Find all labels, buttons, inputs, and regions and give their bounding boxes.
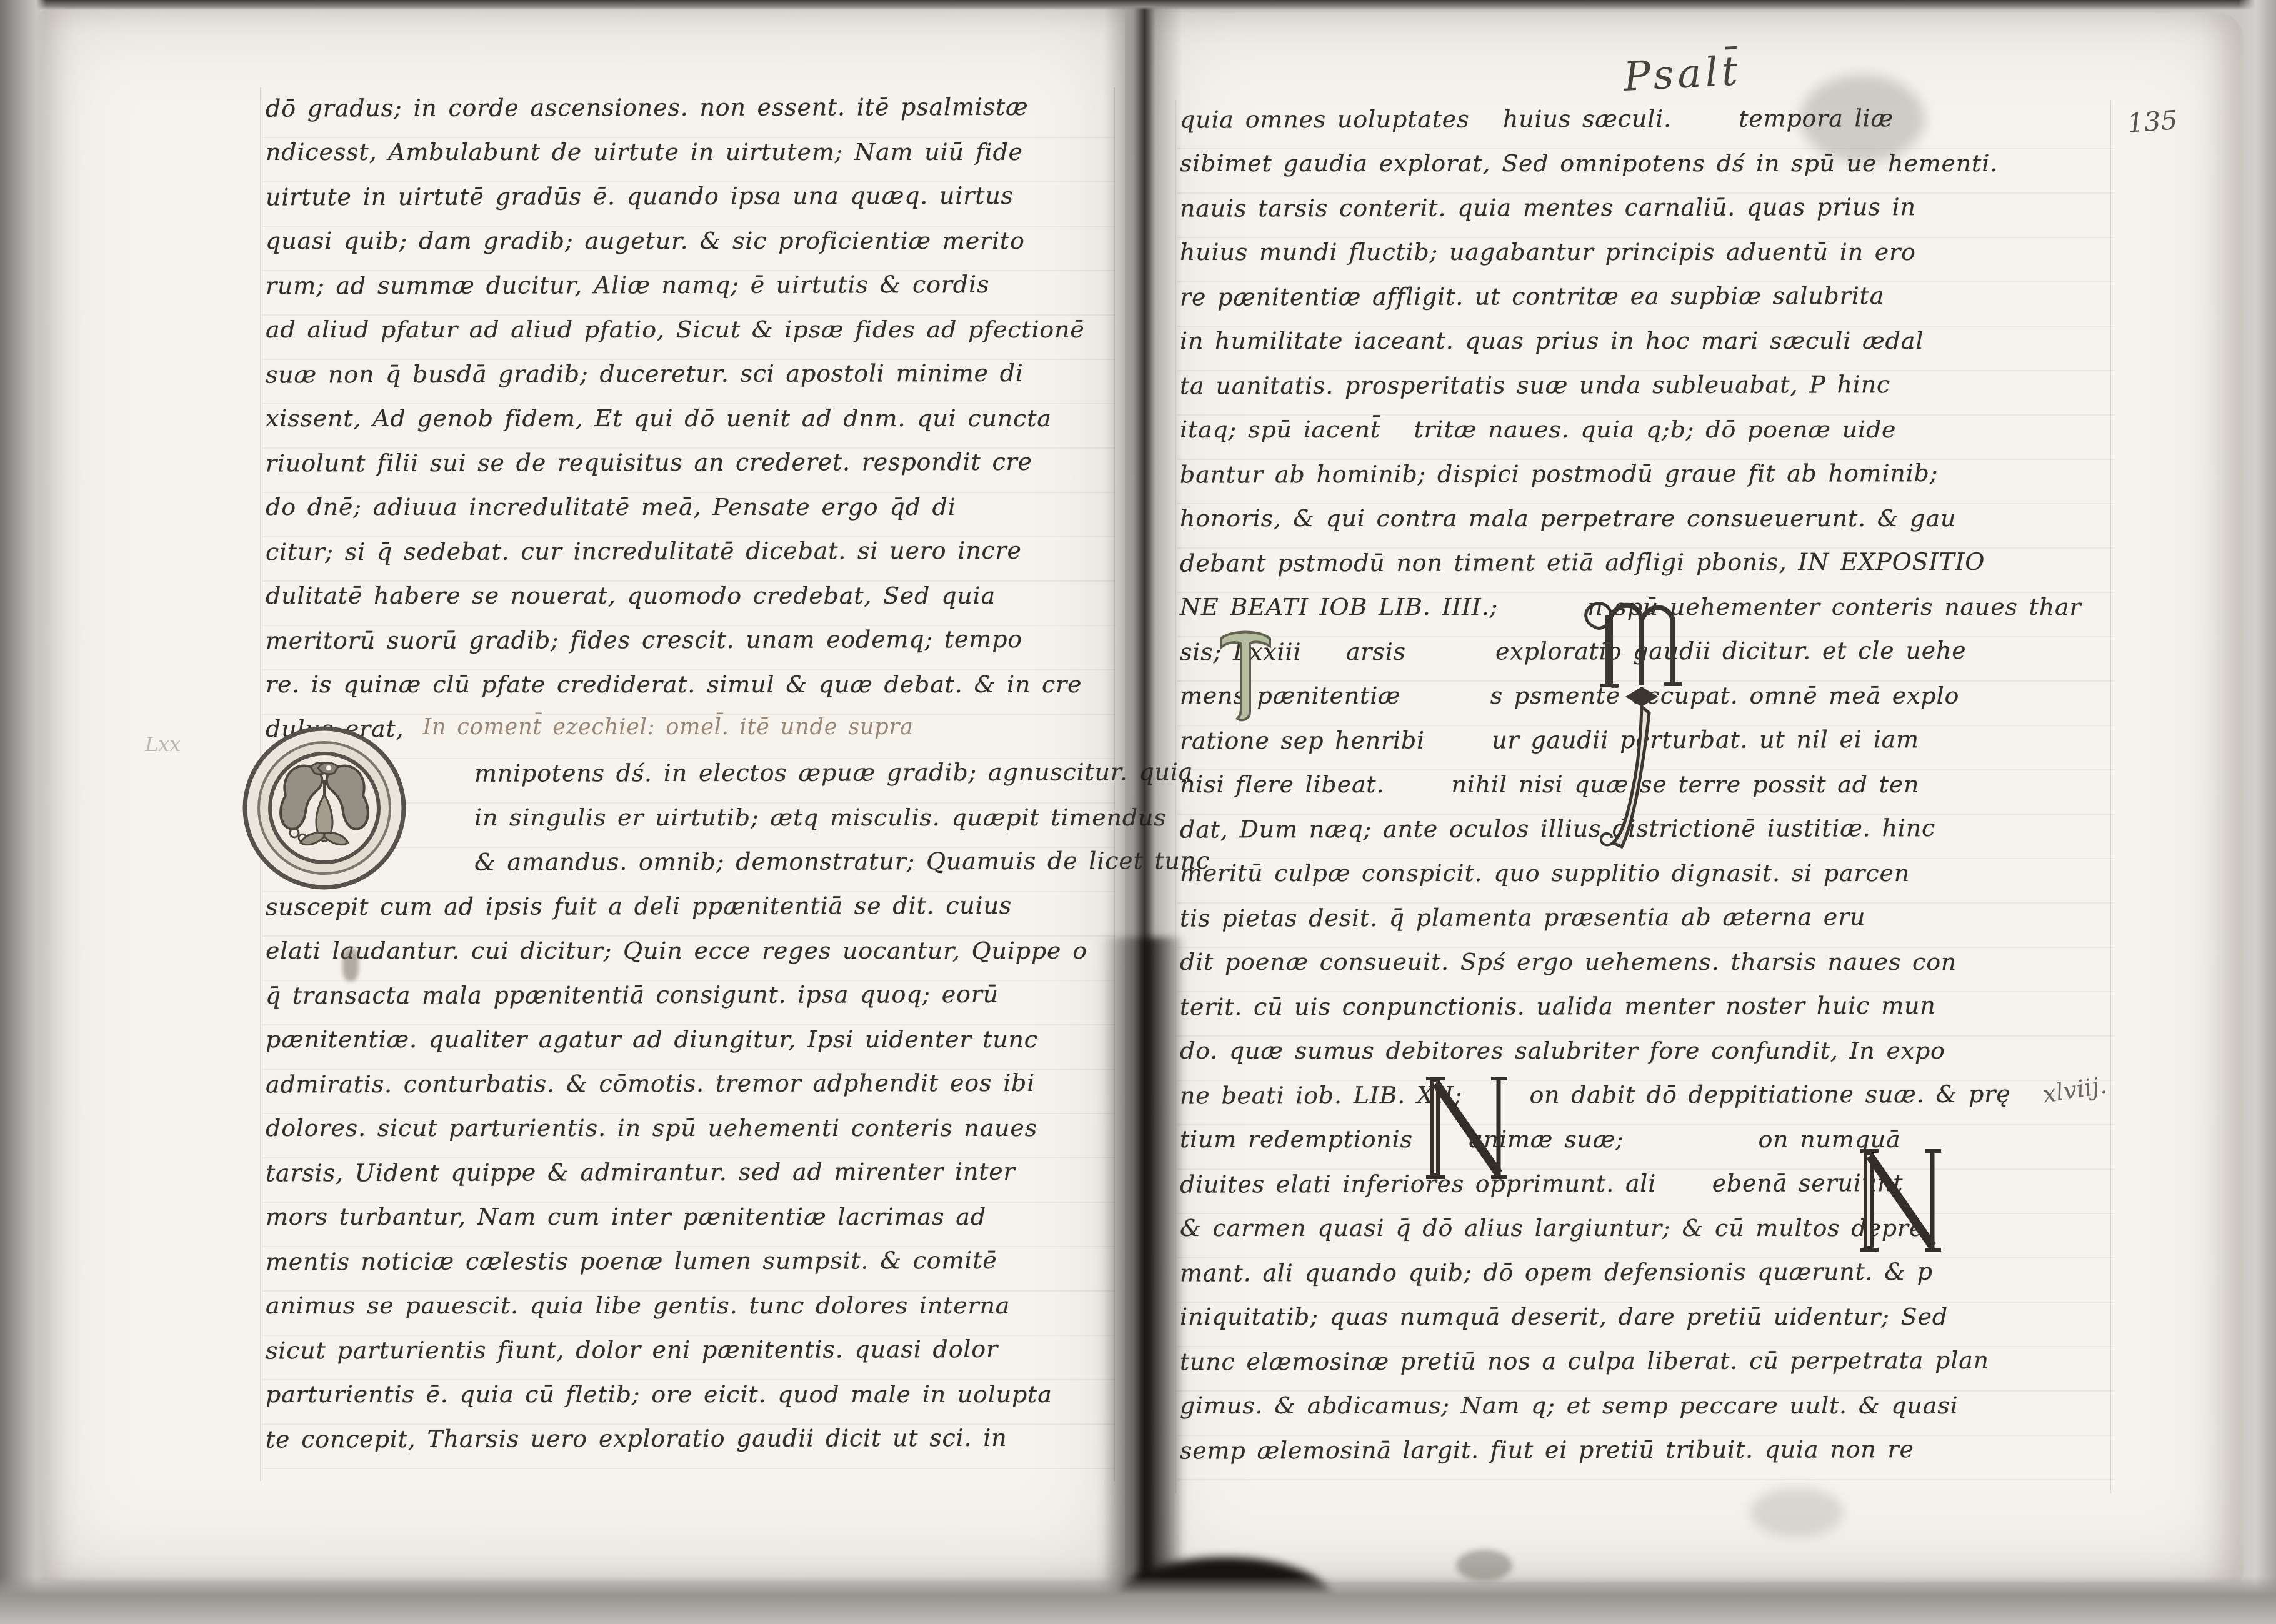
manuscript-text-line: mant. ali quando quib; dō opem defension… — [1180, 1257, 2117, 1303]
scan-edge-bottom — [0, 1576, 2276, 1624]
manuscript-text-line: terit. cū uis conpunctionis. ualida ment… — [1180, 991, 2117, 1037]
manuscript-text-line: quia omnes uoluptates huius sæculi. temp… — [1180, 104, 2117, 150]
scan-edge-left — [0, 0, 46, 1624]
manuscript-text-line: parturientis ē. quia cū fletib; ore eici… — [266, 1380, 1119, 1425]
manuscript-text-line: mentis noticiæ cælestis poenæ lumen sump… — [266, 1247, 1119, 1293]
manuscript-text-line: huius mundi fluctib; uagabantur principi… — [1180, 238, 2117, 282]
decorated-initial-n-first — [1417, 1070, 1517, 1185]
manuscript-text-line: & carmen quasi q̄ dō alius largiuntur; &… — [1180, 1214, 2117, 1258]
manuscript-text-line: honoris, & qui contra mala perpetrare co… — [1180, 504, 2117, 549]
manuscript-text-line: citur; si q̄ sedebat. cur incredulitatē … — [266, 537, 1119, 583]
scan-edge-right — [2239, 0, 2276, 1624]
manuscript-text-line: do dnē; adiuua incredulitatē meā, Pensat… — [266, 493, 1119, 537]
manuscript-text-line: tis pietas desit. q̄ plamenta præsentia … — [1180, 902, 2117, 949]
manuscript-photo: dō gradus; in corde ascensiones. non ess… — [0, 0, 2276, 1624]
manuscript-text-line: dulitatē habere se nouerat, quomodo cred… — [266, 582, 1119, 626]
manuscript-text-line: sibimet gaudia explorat, Sed omnipotens … — [1180, 149, 2117, 194]
manuscript-text-line: tarsis, Uident quippe & admirantur. sed … — [266, 1158, 1119, 1204]
manuscript-text-line: pænitentiæ. qualiter agatur ad diungitur… — [266, 1025, 1119, 1070]
manuscript-text-line: tium redemptionis animæ suæ; on numquā — [1180, 1125, 2117, 1170]
manuscript-text-line: diuites elati inferiores opprimunt. ali … — [1180, 1168, 2117, 1215]
manuscript-text-line: debant pstmodū non timent etiā adfligi p… — [1180, 547, 2117, 594]
manuscript-text-line: ndicesst, Ambulabunt de uirtute in uirtu… — [266, 138, 1119, 182]
manuscript-text-line: admiratis. conturbatis. & cōmotis. tremo… — [266, 1069, 1119, 1115]
folio-number: 135 — [2126, 104, 2178, 138]
manuscript-text-line: semp ælemosinā largit. fiut ei pretiū tr… — [1180, 1435, 2117, 1481]
manuscript-text-line: in humilitate iaceant. quas prius in hoc… — [1180, 327, 2117, 371]
manuscript-text-line: rum; ad summæ ducitur, Aliæ namq; ē uirt… — [266, 271, 1119, 317]
manuscript-text-line: quasi quib; dam gradib; augetur. & sic p… — [266, 227, 1119, 271]
decorated-initial-o — [236, 720, 412, 896]
manuscript-text-line: dit poenæ consueuit. Spś ergo uehemens. … — [1180, 948, 2117, 992]
manuscript-text-line: sicut parturientis fiunt, dolor eni pæni… — [266, 1335, 1119, 1382]
left-margin-chapter-note: Lxx — [145, 732, 181, 756]
manuscript-text-line: te concepit, Tharsis uero exploratio gau… — [266, 1424, 1119, 1470]
manuscript-text-line: xissent, Ad genob fidem, Et qui dō uenit… — [266, 404, 1119, 449]
manuscript-text-line: animus se pauescit. quia libe gentis. tu… — [266, 1292, 1119, 1336]
manuscript-text-line: suscepit cum ad ipsis fuit a deli ppænit… — [266, 892, 1119, 938]
manuscript-text-line: tunc elæmosinæ pretiū nos a culpa libera… — [1180, 1346, 2117, 1392]
manuscript-text-line: uirtute in uirtutē gradūs ē. quando ipsa… — [266, 182, 1119, 228]
manuscript-text-line: riuolunt filii sui se de requisitus an c… — [266, 448, 1119, 494]
manuscript-text-line: re pænitentiæ affligit. ut contritæ ea s… — [1180, 281, 2117, 327]
running-header-psalt: Psalt̄ — [1622, 48, 1742, 101]
manuscript-text-line: elati laudantur. cui dicitur; Quin ecce … — [266, 937, 1119, 981]
manuscript-text-line: meritū culpæ conspicit. quo supplitio di… — [1180, 859, 2117, 904]
manuscript-text-line: ne beati iob. LIB. XII; on dabit dō depp… — [1180, 1080, 2117, 1126]
manuscript-text-line: dō gradus; in corde ascensiones. non ess… — [266, 93, 1119, 139]
book-gutter-shadow-lower — [1099, 937, 1186, 1624]
manuscript-text-line: bantur ab hominib; dispici postmodū grau… — [1180, 459, 2117, 505]
manuscript-text-line: do. quæ sumus debitores salubriter fore … — [1180, 1037, 2117, 1081]
manuscript-text-line: q̄ transacta mala ppænitentiā consigunt.… — [266, 980, 1119, 1027]
manuscript-text-line: iniquitatib; quas numquā deserit, dare p… — [1180, 1303, 2117, 1347]
scan-edge-top — [0, 0, 2276, 10]
left-text-lower: suscepit cum ad ipsis fuit a deli ppænit… — [266, 892, 1119, 1469]
rubric-text: In coment̄ ezechiel: omel̄. itē unde sup… — [422, 715, 913, 759]
manuscript-text-line: mors turbantur, Nam cum inter pænitentiæ… — [266, 1203, 1119, 1247]
decorated-initial-n-second — [1851, 1142, 1951, 1258]
manuscript-text-line: suæ non q̄ busdā gradib; duceretur. sci … — [266, 359, 1119, 406]
manuscript-text-line: re. is quinæ clū pfate crediderat. simul… — [266, 670, 1119, 715]
manuscript-text-line: dolores. sicut parturientis. in spū uehe… — [266, 1114, 1119, 1158]
left-text-upper: dō gradus; in corde ascensiones. non ess… — [266, 94, 1119, 715]
manuscript-text-line: itaq; spū iacent̄ tritæ naues. quia q;b;… — [1180, 416, 2117, 460]
manuscript-text-line: ad aliud pfatur ad aliud pfatio, Sicut &… — [266, 316, 1119, 360]
manuscript-text-line: nauis tarsis conterit. quia mentes carna… — [1180, 192, 2117, 239]
manuscript-text-line: meritorū suorū gradib; fides crescit. un… — [266, 625, 1119, 672]
manuscript-text-line: ta uanitatis. prosperitatis suæ unda sub… — [1180, 370, 2117, 416]
decorated-initial-t — [1217, 625, 1274, 725]
manuscript-text-line: gimus. & abdicamus; Nam q; et semp pecca… — [1180, 1392, 2117, 1436]
decorated-initial-monogram — [1572, 590, 1709, 853]
